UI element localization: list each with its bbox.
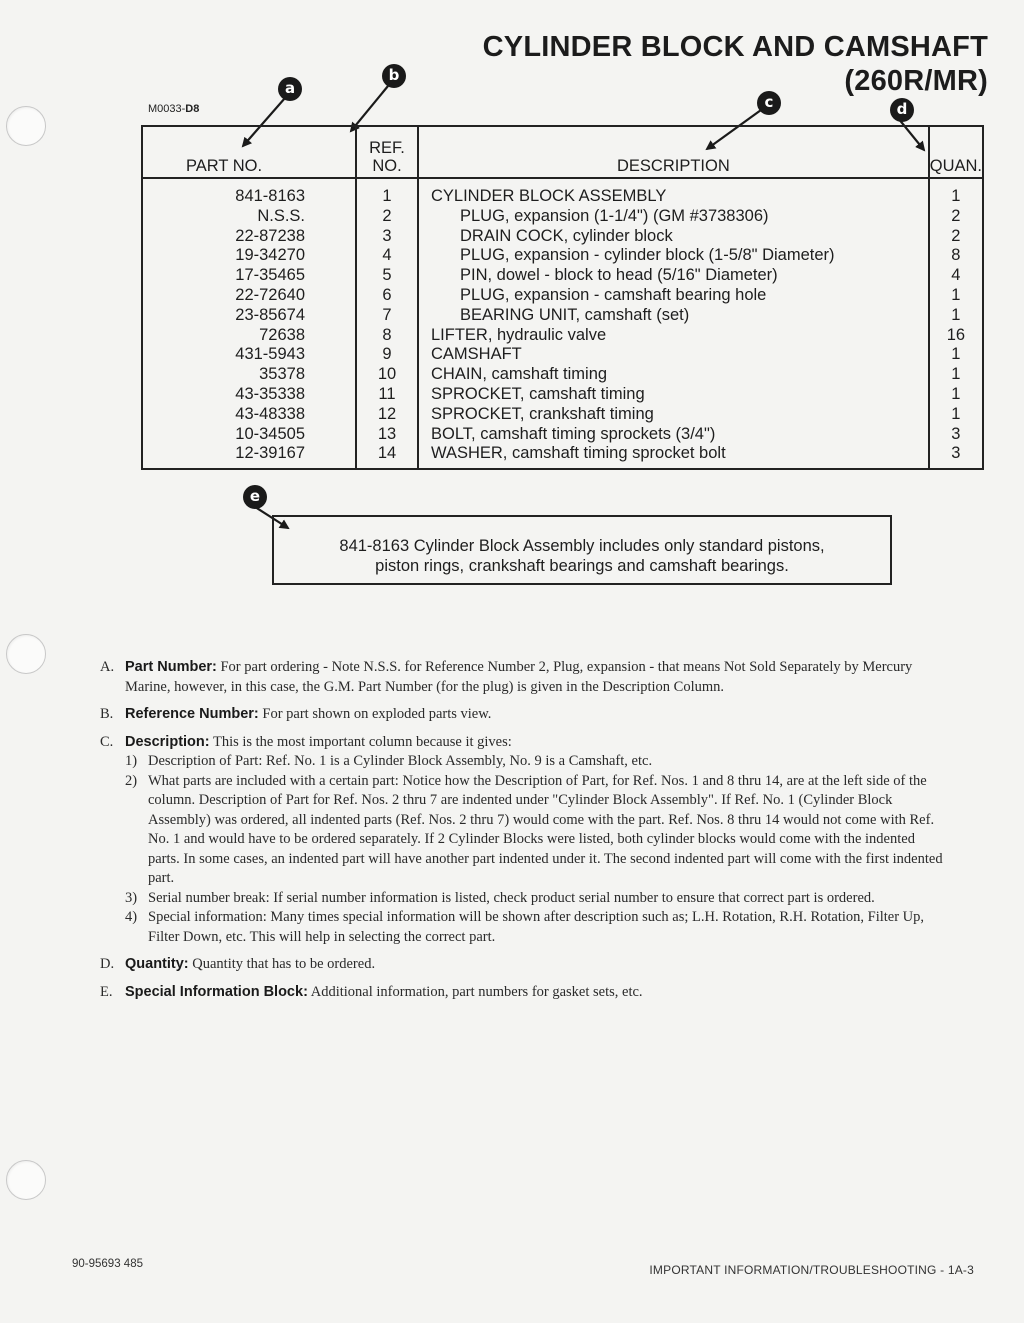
- legend-item-c: C. Description: This is the most importa…: [100, 733, 950, 948]
- ref-number-cell: 3: [356, 227, 418, 247]
- callout-d-icon: d: [890, 98, 914, 122]
- ref-number-cell: 11: [356, 385, 418, 405]
- ref-number-cell: 2: [356, 207, 418, 227]
- ref-number-cell: 12: [356, 405, 418, 425]
- description-cell: PIN, dowel - block to head (5/16" Diamet…: [418, 266, 929, 286]
- figure-code: M0033-D8: [148, 103, 199, 115]
- table-row: 431-59439CAMSHAFT1: [142, 345, 983, 365]
- table-row: 12-3916714WASHER, camshaft timing sprock…: [142, 444, 983, 469]
- table-row: 22-872383DRAIN COCK, cylinder block2: [142, 227, 983, 247]
- table-row: 19-342704PLUG, expansion - cylinder bloc…: [142, 246, 983, 266]
- page-title-line1: CYLINDER BLOCK AND CAMSHAFT: [483, 30, 988, 64]
- ref-number-cell: 6: [356, 286, 418, 306]
- ref-number-cell: 1: [356, 178, 418, 207]
- ref-number-cell: 9: [356, 345, 418, 365]
- page-title: CYLINDER BLOCK AND CAMSHAFT (260R/MR): [483, 30, 988, 98]
- part-number-cell: 12-39167: [142, 444, 356, 469]
- description-cell: LIFTER, hydraulic valve: [418, 326, 929, 346]
- footer-section: IMPORTANT INFORMATION/TROUBLESHOOTING - …: [649, 1263, 974, 1277]
- description-cell: CHAIN, camshaft timing: [418, 365, 929, 385]
- quantity-cell: 1: [929, 286, 983, 306]
- quantity-cell: 8: [929, 246, 983, 266]
- description-cell: DRAIN COCK, cylinder block: [418, 227, 929, 247]
- callout-b-icon: b: [382, 64, 406, 88]
- binder-hole-middle: [6, 634, 46, 674]
- part-number-cell: N.S.S.: [142, 207, 356, 227]
- description-cell: WASHER, camshaft timing sprocket bolt: [418, 444, 929, 469]
- description-cell: PLUG, expansion - cylinder block (1-5/8"…: [418, 246, 929, 266]
- legend-subitem-4: 4)Special information: Many times specia…: [125, 908, 950, 947]
- legend-subitem-2: 2)What parts are included with a certain…: [125, 772, 950, 889]
- part-number-cell: 23-85674: [142, 306, 356, 326]
- part-number-cell: 43-48338: [142, 405, 356, 425]
- header-description: DESCRIPTION: [418, 126, 929, 178]
- part-number-cell: 22-72640: [142, 286, 356, 306]
- callout-c-icon: c: [757, 91, 781, 115]
- header-part-no: PART NO.: [142, 126, 356, 178]
- table-row: 22-726406PLUG, expansion - camshaft bear…: [142, 286, 983, 306]
- part-number-cell: 841-8163: [142, 178, 356, 207]
- binder-hole-bottom: [6, 1160, 46, 1200]
- description-cell: PLUG, expansion (1-1/4") (GM #3738306): [418, 207, 929, 227]
- special-information-block: 841-8163 Cylinder Block Assembly include…: [272, 515, 892, 585]
- description-cell: SPROCKET, crankshaft timing: [418, 405, 929, 425]
- ref-number-cell: 5: [356, 266, 418, 286]
- table-row: 3537810CHAIN, camshaft timing1: [142, 365, 983, 385]
- note-line2: piston rings, crankshaft bearings and ca…: [274, 556, 890, 576]
- table-row: 43-3533811SPROCKET, camshaft timing1: [142, 385, 983, 405]
- parts-table-body: 841-81631CYLINDER BLOCK ASSEMBLY1N.S.S.2…: [142, 178, 983, 469]
- part-number-cell: 72638: [142, 326, 356, 346]
- legend-item-d: D. Quantity: Quantity that has to be ord…: [100, 955, 950, 975]
- callout-e-icon: e: [243, 485, 267, 509]
- part-number-cell: 19-34270: [142, 246, 356, 266]
- header-quantity: QUAN.: [929, 126, 983, 178]
- table-row: 23-856747BEARING UNIT, camshaft (set)1: [142, 306, 983, 326]
- quantity-cell: 1: [929, 306, 983, 326]
- table-header-row: PART NO. REF.NO. DESCRIPTION QUAN.: [142, 126, 983, 178]
- legend-item-e: E. Special Information Block: Additional…: [100, 983, 950, 1003]
- description-cell: PLUG, expansion - camshaft bearing hole: [418, 286, 929, 306]
- table-row: N.S.S.2PLUG, expansion (1-1/4") (GM #373…: [142, 207, 983, 227]
- table-row: 726388LIFTER, hydraulic valve16: [142, 326, 983, 346]
- quantity-cell: 1: [929, 385, 983, 405]
- part-number-cell: 22-87238: [142, 227, 356, 247]
- quantity-cell: 3: [929, 425, 983, 445]
- part-number-cell: 17-35465: [142, 266, 356, 286]
- ref-number-cell: 7: [356, 306, 418, 326]
- ref-number-cell: 4: [356, 246, 418, 266]
- binder-hole-top: [6, 106, 46, 146]
- description-cell: SPROCKET, camshaft timing: [418, 385, 929, 405]
- part-number-cell: 43-35338: [142, 385, 356, 405]
- description-cell: CYLINDER BLOCK ASSEMBLY: [418, 178, 929, 207]
- quantity-cell: 4: [929, 266, 983, 286]
- quantity-cell: 1: [929, 345, 983, 365]
- column-legend: A. Part Number: For part ordering - Note…: [100, 658, 950, 1010]
- part-number-cell: 431-5943: [142, 345, 356, 365]
- legend-subitem-3: 3)Serial number break: If serial number …: [125, 889, 950, 909]
- part-number-cell: 35378: [142, 365, 356, 385]
- ref-number-cell: 10: [356, 365, 418, 385]
- description-cell: BOLT, camshaft timing sprockets (3/4"): [418, 425, 929, 445]
- quantity-cell: 2: [929, 207, 983, 227]
- description-cell: CAMSHAFT: [418, 345, 929, 365]
- quantity-cell: 3: [929, 444, 983, 469]
- page-title-line2: (260R/MR): [483, 64, 988, 98]
- description-cell: BEARING UNIT, camshaft (set): [418, 306, 929, 326]
- legend-item-a: A. Part Number: For part ordering - Note…: [100, 658, 950, 697]
- footer-doc-number: 90-95693 485: [72, 1258, 143, 1270]
- part-number-cell: 10-34505: [142, 425, 356, 445]
- table-row: 17-354655PIN, dowel - block to head (5/1…: [142, 266, 983, 286]
- callout-a-icon: a: [278, 77, 302, 101]
- legend-subitem-1: 1)Description of Part: Ref. No. 1 is a C…: [125, 752, 950, 772]
- table-row: 841-81631CYLINDER BLOCK ASSEMBLY1: [142, 178, 983, 207]
- quantity-cell: 1: [929, 178, 983, 207]
- table-row: 43-4833812SPROCKET, crankshaft timing1: [142, 405, 983, 425]
- quantity-cell: 1: [929, 405, 983, 425]
- ref-number-cell: 8: [356, 326, 418, 346]
- quantity-cell: 2: [929, 227, 983, 247]
- ref-number-cell: 13: [356, 425, 418, 445]
- note-line1: 841-8163 Cylinder Block Assembly include…: [274, 536, 890, 556]
- quantity-cell: 1: [929, 365, 983, 385]
- ref-number-cell: 14: [356, 444, 418, 469]
- legend-item-b: B. Reference Number: For part shown on e…: [100, 705, 950, 725]
- header-ref-no: REF.NO.: [356, 126, 418, 178]
- table-row: 10-3450513BOLT, camshaft timing sprocket…: [142, 425, 983, 445]
- quantity-cell: 16: [929, 326, 983, 346]
- parts-table: PART NO. REF.NO. DESCRIPTION QUAN. 841-8…: [141, 125, 984, 470]
